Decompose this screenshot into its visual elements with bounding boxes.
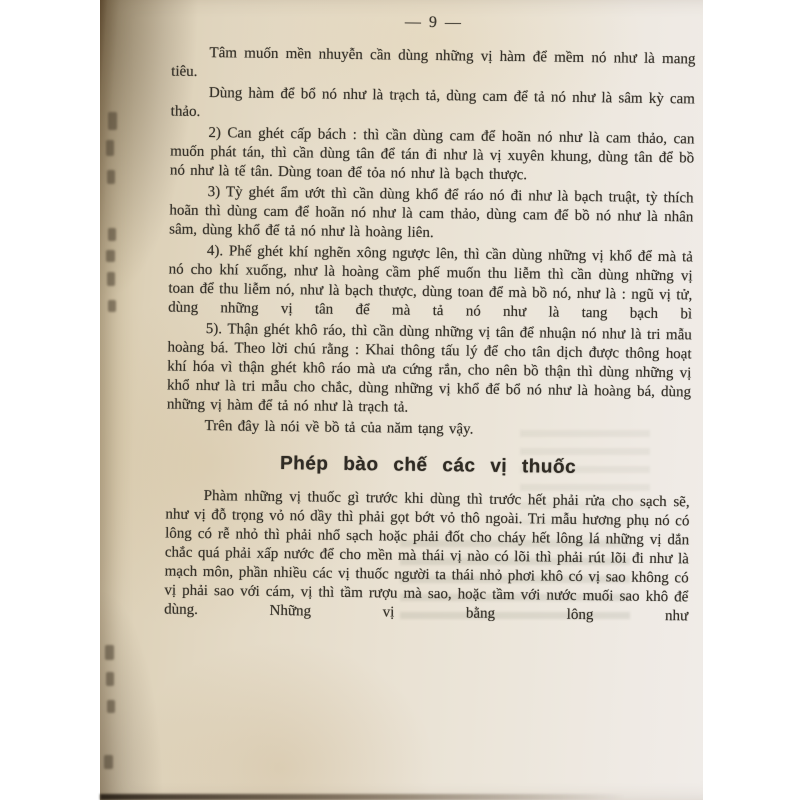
spine-bleed-mark — [106, 250, 115, 262]
paragraph-4: 3) Tỳ ghét ẩm ướt thì cần dùng khổ để rá… — [169, 183, 694, 247]
paragraph-7: Trên đây là nói về bồ tả của năm tạng vậ… — [166, 417, 690, 443]
paragraph-8: Phàm những vị thuốc gì trước khi dùng th… — [164, 487, 690, 627]
spine-bleed-mark — [106, 672, 114, 686]
paragraph-3: 2) Can ghét cấp bách : thì cần dùng cam … — [170, 124, 695, 188]
section-heading: Phép bào chế các vị thuốc — [166, 452, 690, 481]
page-number: — 9 — — [172, 11, 696, 36]
spine-bleed-mark — [106, 140, 114, 156]
spine-bleed-mark — [107, 272, 115, 286]
spine-bleed-mark — [105, 645, 114, 660]
page-text: — 9 — Tâm muốn mền nhuyễn cần dùng những… — [164, 11, 696, 629]
book-page: — 9 — Tâm muốn mền nhuyễn cần dùng những… — [100, 0, 703, 800]
spine-bleed-mark — [104, 755, 113, 769]
spine-bleed-mark — [107, 700, 115, 713]
spine-bleed-mark — [107, 170, 115, 184]
spine-bleed-mark — [108, 228, 116, 241]
spine-bleed-mark — [108, 300, 116, 312]
spine-bleed-mark — [108, 112, 117, 130]
page-bottom-edge — [100, 794, 625, 800]
paragraph-2: Dùng hàm để bổ nó như là trạch tả, dùng … — [171, 84, 695, 129]
paragraph-1: Tâm muốn mền nhuyễn cần dùng những vị hà… — [171, 44, 695, 89]
photo-backdrop: — 9 — Tâm muốn mền nhuyễn cần dùng những… — [0, 0, 800, 800]
paragraph-5: 4). Phế ghét khí nghẽn xông ngược lên, t… — [168, 242, 693, 325]
paragraph-6: 5). Thận ghét khô ráo, thì cần dùng nhữn… — [167, 320, 692, 422]
